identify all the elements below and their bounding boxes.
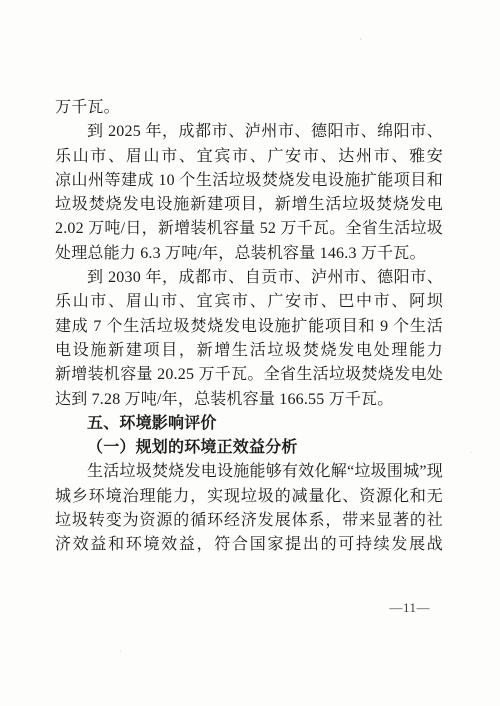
text-line: 到 2025 年，成都市、泸州市、德阳市、绵阳市、广元市、 — [55, 120, 443, 144]
paragraph-continuation: 万千瓦。 — [55, 96, 443, 120]
text-line: 电设施新建项目，新增生活垃圾焚烧发电处理能力 0.98 万吨/日， — [55, 339, 443, 363]
subsection-heading-positive-benefit-analysis: （一）规划的环境正效益分析 — [55, 436, 443, 460]
text-line: 生活垃圾焚烧发电设施能够有效化解“垃圾围城”现象，提升 — [55, 460, 443, 484]
text-line: 处理总能力 6.3 万吨/年，总装机容量 146.3 万千瓦。 — [55, 242, 443, 266]
text-line: （一）规划的环境正效益分析 — [55, 436, 443, 460]
paragraph-2030-plan: 到 2030 年，成都市、自贡市、泸州市、德阳市、绵阳市、乐山市、眉山市、宜宾市… — [55, 266, 443, 412]
scan-speckle — [470, 452, 472, 453]
text-line: 建成 7 个生活垃圾焚烧发电设施扩能项目和 9 个生活垃圾焚烧发 — [55, 315, 443, 339]
text-line: 2.02 万吨/日，新增装机容量 52 万千瓦。全省生活垃圾焚烧发电 — [55, 217, 443, 241]
page-number: —11— — [389, 600, 430, 616]
text-line: 到 2030 年，成都市、自贡市、泸州市、德阳市、绵阳市、 — [55, 266, 443, 290]
text-line: 五、环境影响评价 — [55, 412, 443, 436]
text-line: 垃圾转变为资源的循环经济发展体系，带来显著的社会效益、经 — [55, 509, 443, 533]
text-line: 新增装机容量 20.25 万千瓦。全省生活垃圾焚烧发电处理总能力 — [55, 363, 443, 387]
scan-speckle — [120, 650, 121, 652]
section-heading-environmental-impact: 五、环境影响评价 — [55, 412, 443, 436]
document-page: 万千瓦。到 2025 年，成都市、泸州市、德阳市、绵阳市、广元市、乐山市、眉山市… — [0, 0, 500, 706]
text-line: 万千瓦。 — [55, 96, 443, 120]
text-line: 达到 7.28 万吨/年，总装机容量 166.55 万千瓦。 — [55, 388, 443, 412]
paragraph-benefit-analysis: 生活垃圾焚烧发电设施能够有效化解“垃圾围城”现象，提升城乡环境治理能力，实现垃圾… — [55, 460, 443, 557]
text-line: 垃圾焚烧发电设施新建项目，新增生活垃圾焚烧发电处理能力 — [55, 193, 443, 217]
text-line: 乐山市、眉山市、宜宾市、广安市、达州市、雅安市、资阳市、 — [55, 145, 443, 169]
text-line: 济效益和环境效益，符合国家提出的可持续发展战略。 — [55, 533, 443, 557]
paragraph-2025-plan: 到 2025 年，成都市、泸州市、德阳市、绵阳市、广元市、乐山市、眉山市、宜宾市… — [55, 120, 443, 266]
text-line: 凉山州等建成 10 个生活垃圾焚烧发电设施扩能项目和 14 个生活 — [55, 169, 443, 193]
document-body: 万千瓦。到 2025 年，成都市、泸州市、德阳市、绵阳市、广元市、乐山市、眉山市… — [55, 96, 443, 558]
scan-speckle — [360, 38, 362, 40]
text-line: 乐山市、眉山市、宜宾市、广安市、巴中市、阿坝州、甘孜州等 — [55, 290, 443, 314]
text-line: 城乡环境治理能力，实现垃圾的减量化、资源化和无害化，构建 — [55, 485, 443, 509]
